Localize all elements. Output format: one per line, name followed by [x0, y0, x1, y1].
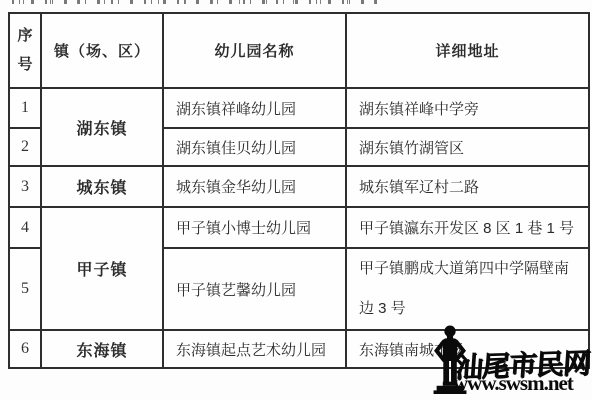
table-row: 1 湖东镇 湖东镇祥峰幼儿园 湖东镇祥峰中学旁	[9, 88, 589, 128]
address-cell: 湖东镇祥峰中学旁	[346, 88, 589, 128]
address-cell: 城东镇军辽村二路	[346, 166, 589, 207]
header-town: 镇（场、区）	[41, 13, 163, 88]
serial-number-cell: 5	[9, 248, 41, 330]
address-cell: 东海镇南城市场	[346, 330, 589, 368]
address-cell: 湖东镇竹湖管区	[346, 128, 589, 166]
town-cell: 甲子镇	[41, 207, 163, 330]
header-address: 详细地址	[346, 13, 589, 88]
address-line-2: 边 3 号	[359, 289, 588, 329]
address-line-1: 甲子镇鹏成大道第四中学隔壁南	[359, 249, 588, 289]
kindergarten-name-cell: 湖东镇祥峰幼儿园	[163, 88, 346, 128]
kindergarten-name-cell: 甲子镇艺馨幼儿园	[163, 248, 346, 330]
town-cell: 东海镇	[41, 330, 163, 368]
kindergarten-table: 序号 镇（场、区） 幼儿园名称 详细地址 1 湖东镇 湖东镇祥峰幼儿园 湖东镇祥…	[8, 12, 590, 369]
town-cell: 湖东镇	[41, 88, 163, 166]
table-row: 4 甲子镇 甲子镇小博士幼儿园 甲子镇瀛东开发区 8 区 1 巷 1 号	[9, 207, 589, 248]
address-cell: 甲子镇鹏成大道第四中学隔壁南 边 3 号	[346, 248, 589, 330]
table-row: 3 城东镇 城东镇金华幼儿园 城东镇军辽村二路	[9, 166, 589, 207]
kindergarten-name-cell: 湖东镇佳贝幼儿园	[163, 128, 346, 166]
serial-number-cell: 6	[9, 330, 41, 368]
header-kindergarten-name: 幼儿园名称	[163, 13, 346, 88]
kindergarten-name-cell: 城东镇金华幼儿园	[163, 166, 346, 207]
serial-number-cell: 2	[9, 128, 41, 166]
kindergarten-name-cell: 甲子镇小博士幼儿园	[163, 207, 346, 248]
town-cell: 城东镇	[41, 166, 163, 207]
serial-number-cell: 4	[9, 207, 41, 248]
table-header-row: 序号 镇（场、区） 幼儿园名称 详细地址	[9, 13, 589, 88]
watermark-site-url: www.swsm.net	[453, 371, 573, 396]
serial-number-cell: 3	[9, 166, 41, 207]
table-row: 6 东海镇 东海镇起点艺术幼儿园 东海镇南城市场	[9, 330, 589, 368]
header-serial-number: 序号	[9, 13, 41, 88]
kindergarten-name-cell: 东海镇起点艺术幼儿园	[163, 330, 346, 368]
address-cell: 甲子镇瀛东开发区 8 区 1 巷 1 号	[346, 207, 589, 248]
clipped-text-remnant	[12, 0, 380, 4]
kindergarten-list-page: 序号 镇（场、区） 幼儿园名称 详细地址 1 湖东镇 湖东镇祥峰幼儿园 湖东镇祥…	[0, 0, 592, 400]
serial-number-cell: 1	[9, 88, 41, 128]
